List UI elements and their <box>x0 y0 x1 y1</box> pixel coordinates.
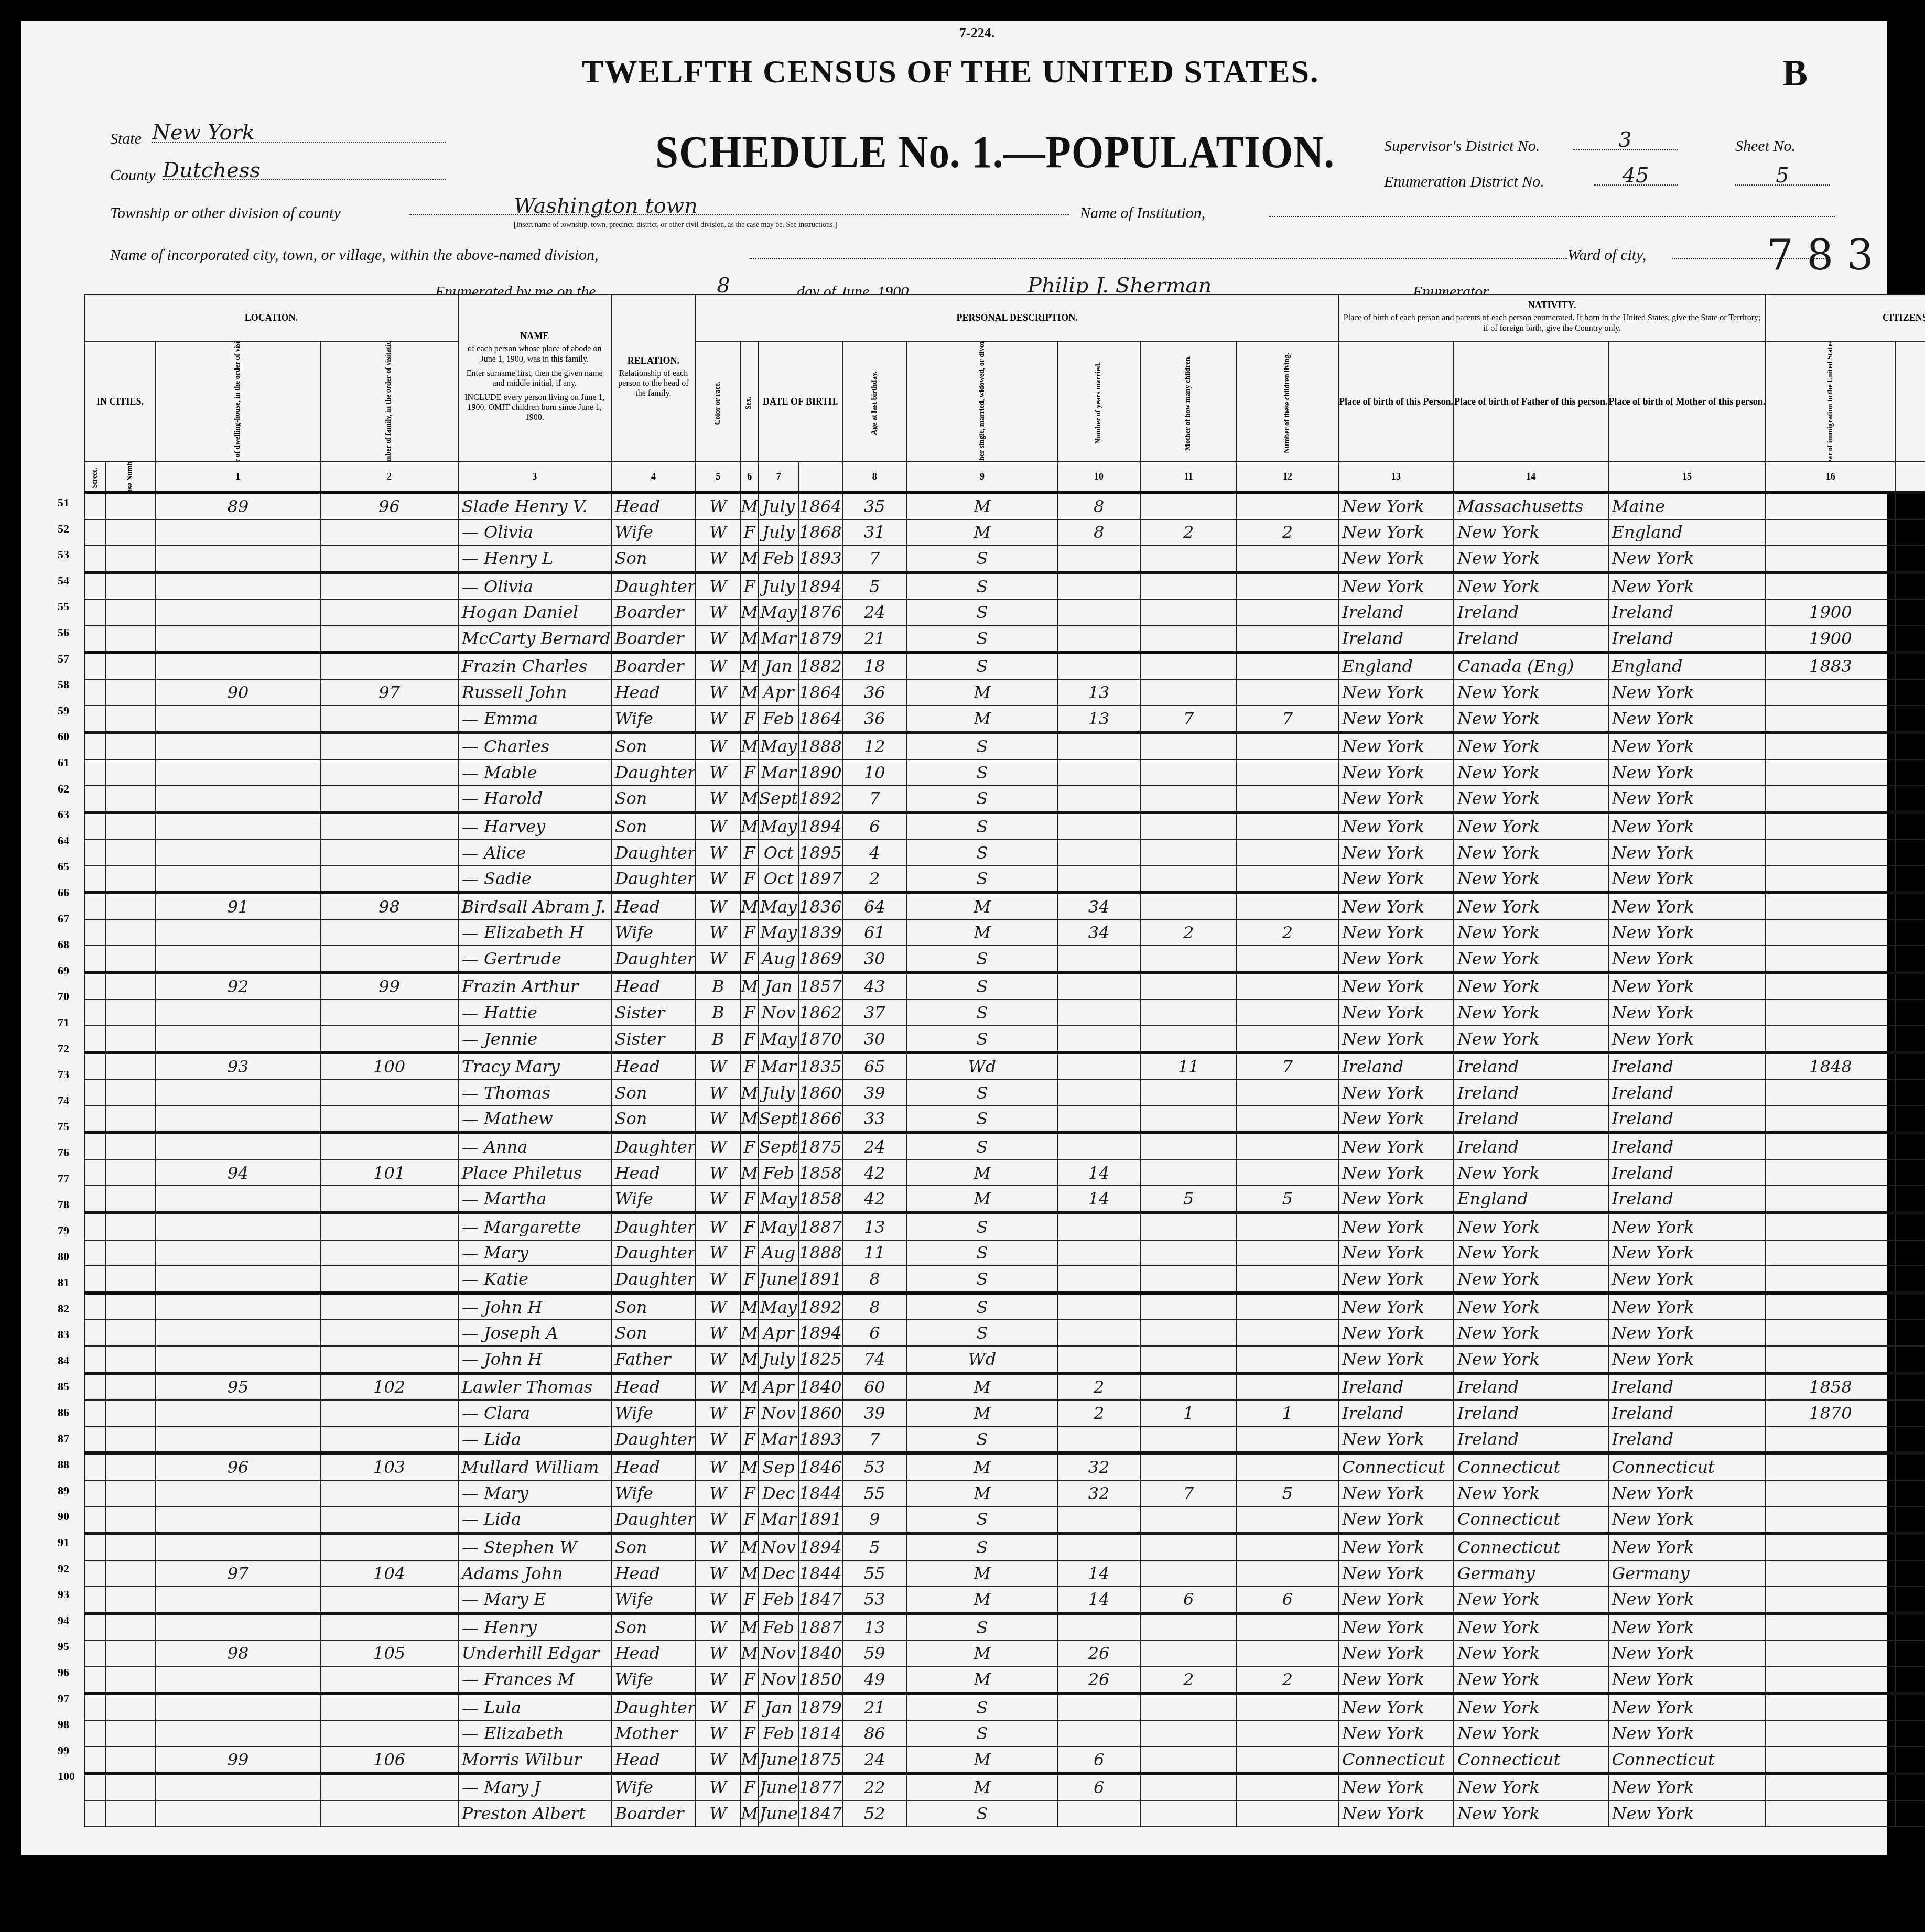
cell-pob: New York <box>1338 1774 1454 1801</box>
cell-month: May <box>759 812 798 840</box>
cell-mother <box>1140 1266 1237 1293</box>
line-number: 89 <box>58 1484 69 1497</box>
cell-living <box>1237 840 1338 866</box>
cell-pob-mother: New York <box>1608 1800 1766 1827</box>
cell-living <box>1237 492 1338 519</box>
column-number: 4 <box>611 462 696 492</box>
cell-living <box>1237 1533 1338 1560</box>
cell-sex: M <box>740 1746 759 1774</box>
cell-living <box>1237 653 1338 680</box>
cell-pob-father: New York <box>1454 1320 1608 1346</box>
cell-pob: New York <box>1338 812 1454 840</box>
column-number: 3 <box>458 462 611 492</box>
census-row: — MargaretteDaughterWFMay188713SNew York… <box>84 1213 1925 1240</box>
census-row: Frazin CharlesBoarderWMJan188218SEngland… <box>84 653 1925 680</box>
cell-mother <box>1140 1373 1237 1401</box>
county-label: County <box>110 167 156 184</box>
cell-age: 6 <box>842 1320 907 1346</box>
cell-marital: S <box>907 572 1057 600</box>
cell-street <box>84 519 106 546</box>
cell-color: W <box>696 1240 740 1266</box>
cell-year: 1887 <box>798 1613 842 1641</box>
cell-street <box>84 1586 106 1613</box>
census-row: — CharlesSonWMMay188812SNew YorkNew York… <box>84 732 1925 759</box>
cell-house <box>106 653 156 680</box>
cell-month: May <box>759 1213 798 1240</box>
relation-title: RELATION. <box>612 355 696 366</box>
cell-age: 37 <box>842 1000 907 1026</box>
cell-yrs-married: 2 <box>1057 1373 1140 1401</box>
cell-family <box>320 1240 458 1266</box>
cell-age: 8 <box>842 1293 907 1320</box>
cell-yrs-us <box>1895 545 1925 572</box>
cell-pob-mother: England <box>1608 519 1766 546</box>
census-row: — Frances MWifeWFNov185049M2622New YorkN… <box>84 1666 1925 1694</box>
col-dwelling: Number of dwelling-house, in the order o… <box>156 341 321 462</box>
cell-relation: Wife <box>611 705 696 733</box>
nativity-description: Place of birth of each person and parent… <box>1339 311 1765 335</box>
cell-relation: Head <box>611 1453 696 1480</box>
cell-street <box>84 732 106 759</box>
cell-name: Mullard William <box>458 1453 611 1480</box>
cell-dwelling <box>156 653 321 680</box>
cell-name: — Thomas <box>458 1080 611 1106</box>
ward-label: Ward of city, <box>1567 246 1646 264</box>
cell-immig <box>1766 572 1895 600</box>
cell-family <box>320 1186 458 1213</box>
cell-name: — John H <box>458 1293 611 1320</box>
cell-age: 13 <box>842 1613 907 1641</box>
cell-marital: S <box>907 1720 1057 1746</box>
cell-pob-mother: Ireland <box>1608 1133 1766 1160</box>
cell-color: W <box>696 572 740 600</box>
cell-sex: F <box>740 946 759 973</box>
cell-name: — Mary <box>458 1240 611 1266</box>
census-row: — ClaraWifeWFNov186039M211IrelandIreland… <box>84 1400 1925 1426</box>
in-cities-label: IN CITIES. <box>84 341 156 462</box>
cell-month: Sept <box>759 1106 798 1133</box>
cell-immig <box>1766 1480 1895 1506</box>
census-row: 94101Place PhiletusHeadWMFeb185842M14New… <box>84 1160 1925 1186</box>
cell-color: W <box>696 1641 740 1667</box>
cell-yrs-married: 32 <box>1057 1480 1140 1506</box>
cell-family <box>320 1694 458 1721</box>
cell-color: W <box>696 1373 740 1401</box>
cell-yrs-us: 0 <box>1895 599 1925 625</box>
cell-marital: M <box>907 920 1057 946</box>
cell-name: — Mable <box>458 759 611 786</box>
cell-house <box>106 865 156 893</box>
cell-street <box>84 1160 106 1186</box>
cell-living: 7 <box>1237 1052 1338 1080</box>
cell-pob-mother: New York <box>1608 759 1766 786</box>
column-number: 7 <box>759 462 798 492</box>
cell-age: 53 <box>842 1453 907 1480</box>
cell-street <box>84 1133 106 1160</box>
line-number: 65 <box>58 860 69 873</box>
cell-pob: New York <box>1338 1586 1454 1613</box>
cell-color: W <box>696 732 740 759</box>
cell-immig <box>1766 705 1895 733</box>
cell-mother: 6 <box>1140 1586 1237 1613</box>
cell-family <box>320 1293 458 1320</box>
cell-mother <box>1140 759 1237 786</box>
cell-living <box>1237 1320 1338 1346</box>
column-relation: RELATION. Relationship of each person to… <box>611 294 696 462</box>
cell-street <box>84 1480 106 1506</box>
cell-month: Sept <box>759 786 798 813</box>
cell-yrs-us <box>1895 1586 1925 1613</box>
cell-yrs-married <box>1057 625 1140 653</box>
cell-mother <box>1140 1293 1237 1320</box>
column-number: 5 <box>696 462 740 492</box>
cell-color: W <box>696 1774 740 1801</box>
cell-pob-father: New York <box>1454 1613 1608 1641</box>
cell-relation: Head <box>611 1746 696 1774</box>
cell-pob-father: New York <box>1454 1213 1608 1240</box>
cell-sex: F <box>740 705 759 733</box>
cell-yrs-married: 8 <box>1057 492 1140 519</box>
cell-family <box>320 1080 458 1106</box>
institution-label: Name of Institution, <box>1080 204 1205 222</box>
col-immigration: Year of immigration to the United States… <box>1766 341 1895 462</box>
cell-mother: 2 <box>1140 1666 1237 1694</box>
cell-color: W <box>696 679 740 705</box>
cell-age: 10 <box>842 759 907 786</box>
cell-yrs-married <box>1057 946 1140 973</box>
cell-age: 39 <box>842 1400 907 1426</box>
line-number: 100 <box>58 1770 75 1783</box>
cell-pob-father: New York <box>1454 1160 1608 1186</box>
cell-dwelling: 90 <box>156 679 321 705</box>
cell-family <box>320 1586 458 1613</box>
cell-yrs-us <box>1895 519 1925 546</box>
cell-pob-father: England <box>1454 1186 1608 1213</box>
cell-color: W <box>696 1506 740 1534</box>
cell-month: Nov <box>759 1000 798 1026</box>
cell-marital: S <box>907 865 1057 893</box>
line-number: 69 <box>58 964 69 978</box>
cell-yrs-married <box>1057 865 1140 893</box>
cell-yrs-us <box>1895 1000 1925 1026</box>
cell-dwelling <box>156 1720 321 1746</box>
cell-living <box>1237 893 1338 920</box>
cell-marital: S <box>907 625 1057 653</box>
cell-mother <box>1140 732 1237 759</box>
population-table: LOCATION. NAME of each person whose plac… <box>84 294 1925 1827</box>
cell-house <box>106 1266 156 1293</box>
cell-family: 103 <box>320 1453 458 1480</box>
cell-living <box>1237 1613 1338 1641</box>
col-dwelling-label: Number of dwelling-house, in the order o… <box>234 341 242 462</box>
cell-marital: S <box>907 973 1057 1000</box>
cell-immig <box>1766 492 1895 519</box>
cell-sex: M <box>740 1293 759 1320</box>
cell-dwelling <box>156 1400 321 1426</box>
cell-age: 64 <box>842 893 907 920</box>
cell-immig: 1900 <box>1766 599 1895 625</box>
cell-mother: 5 <box>1140 1186 1237 1213</box>
cell-yrs-married <box>1057 1320 1140 1346</box>
cell-age: 7 <box>842 1426 907 1453</box>
cell-family <box>320 1026 458 1053</box>
cell-name: Frazin Arthur <box>458 973 611 1000</box>
cell-relation: Son <box>611 1106 696 1133</box>
cell-month: Mar <box>759 625 798 653</box>
cell-house <box>106 519 156 546</box>
cell-house <box>106 840 156 866</box>
census-row: — OliviaDaughterWFJuly18945SNew YorkNew … <box>84 572 1925 600</box>
cell-pob: New York <box>1338 1480 1454 1506</box>
cell-yrs-us <box>1895 1240 1925 1266</box>
cell-dwelling <box>156 1533 321 1560</box>
cell-month: Mar <box>759 759 798 786</box>
cell-yrs-married: 8 <box>1057 519 1140 546</box>
cell-mother <box>1140 893 1237 920</box>
cell-yrs-us <box>1895 1213 1925 1240</box>
cell-immig <box>1766 840 1895 866</box>
group-nativity: NATIVITY. Place of birth of each person … <box>1338 294 1766 341</box>
cell-house <box>106 812 156 840</box>
cell-pob: New York <box>1338 1694 1454 1721</box>
line-number: 58 <box>58 678 69 691</box>
cell-year: 1882 <box>798 653 842 680</box>
cell-pob-mother: Connecticut <box>1608 1746 1766 1774</box>
cell-marital: Wd <box>907 1052 1057 1080</box>
cell-house <box>106 1026 156 1053</box>
line-number: 52 <box>58 522 69 536</box>
cell-month: May <box>759 1186 798 1213</box>
cell-relation: Boarder <box>611 1800 696 1827</box>
cell-month: July <box>759 1080 798 1106</box>
cell-month: Mar <box>759 1052 798 1080</box>
census-row: — JennieSisterBFMay187030SNew YorkNew Yo… <box>84 1026 1925 1053</box>
cell-relation: Wife <box>611 1186 696 1213</box>
cell-yrs-us <box>1895 1533 1925 1560</box>
cell-street <box>84 545 106 572</box>
cell-sex: M <box>740 1373 759 1401</box>
cell-marital: S <box>907 732 1057 759</box>
col-birth-father: Place of birth of Father of this person. <box>1454 341 1608 462</box>
cell-sex: M <box>740 812 759 840</box>
enumerated-day-field: 8 <box>661 274 786 296</box>
col-marital: Whether single, married, widowed, or div… <box>907 341 1057 462</box>
cell-dwelling <box>156 946 321 973</box>
cell-mother: 7 <box>1140 1480 1237 1506</box>
cell-pob-mother: New York <box>1608 1213 1766 1240</box>
cell-age: 7 <box>842 786 907 813</box>
cell-street <box>84 1080 106 1106</box>
cell-living <box>1237 1213 1338 1240</box>
cell-marital: S <box>907 1266 1057 1293</box>
cell-yrs-us <box>1895 1346 1925 1373</box>
cell-immig <box>1766 786 1895 813</box>
cell-name: Underhill Edgar <box>458 1641 611 1667</box>
cell-yrs-married <box>1057 599 1140 625</box>
cell-immig <box>1766 1533 1895 1560</box>
cell-name: — Henry L <box>458 545 611 572</box>
cell-house <box>106 1613 156 1641</box>
cell-relation: Head <box>611 1560 696 1587</box>
cell-dwelling: 97 <box>156 1560 321 1587</box>
line-number: 77 <box>58 1172 69 1186</box>
cell-immig <box>1766 1694 1895 1721</box>
cell-sex: M <box>740 492 759 519</box>
cell-living <box>1237 1240 1338 1266</box>
cell-family: 98 <box>320 893 458 920</box>
cell-marital: S <box>907 1106 1057 1133</box>
cell-pob: New York <box>1338 973 1454 1000</box>
cell-family: 97 <box>320 679 458 705</box>
cell-pob-mother: New York <box>1608 1774 1766 1801</box>
cell-mother <box>1140 1346 1237 1373</box>
cell-marital: S <box>907 1026 1057 1053</box>
column-number <box>798 462 842 492</box>
cell-house <box>106 732 156 759</box>
col-living-label: Number of these children living. <box>1283 353 1292 453</box>
cell-sex: M <box>740 1320 759 1346</box>
cell-yrs-married <box>1057 1346 1140 1373</box>
line-number: 60 <box>58 730 69 743</box>
col-years-us: Number of years in the United States. <box>1895 341 1925 462</box>
census-row: — MaryWifeWFDec184455M3275New YorkNew Yo… <box>84 1480 1925 1506</box>
cell-family <box>320 1800 458 1827</box>
line-number: 93 <box>58 1588 69 1601</box>
cell-pob-father: New York <box>1454 679 1608 705</box>
census-row: 93100Tracy MaryHeadWFMar183565Wd117Irela… <box>84 1052 1925 1080</box>
cell-pob-mother: New York <box>1608 1320 1766 1346</box>
cell-pob-mother: Ireland <box>1608 599 1766 625</box>
cell-mother: 7 <box>1140 705 1237 733</box>
cell-pob: New York <box>1338 865 1454 893</box>
cell-pob-father: New York <box>1454 519 1608 546</box>
census-row: — Elizabeth HWifeWFMay183961M3422New Yor… <box>84 920 1925 946</box>
cell-relation: Daughter <box>611 1506 696 1534</box>
cell-yrs-us <box>1895 1694 1925 1721</box>
cell-age: 86 <box>842 1720 907 1746</box>
cell-marital: M <box>907 1186 1057 1213</box>
cell-pob: New York <box>1338 1160 1454 1186</box>
cell-month: Apr <box>759 1373 798 1401</box>
cell-yrs-us <box>1895 1453 1925 1480</box>
cell-pob: New York <box>1338 1320 1454 1346</box>
cell-house <box>106 1186 156 1213</box>
cell-color: W <box>696 492 740 519</box>
cell-family <box>320 1400 458 1426</box>
cell-house <box>106 679 156 705</box>
cell-immig: 1900 <box>1766 625 1895 653</box>
cell-color: W <box>696 1800 740 1827</box>
cell-mother <box>1140 1240 1237 1266</box>
cell-pob-mother: Ireland <box>1608 1052 1766 1080</box>
cell-pob-mother: Ireland <box>1608 1160 1766 1186</box>
cell-house <box>106 1080 156 1106</box>
cell-relation: Son <box>611 545 696 572</box>
cell-family: 100 <box>320 1052 458 1080</box>
cell-color: W <box>696 1400 740 1426</box>
line-number: 82 <box>58 1302 69 1316</box>
cell-yrs-us <box>1895 786 1925 813</box>
cell-yrs-married <box>1057 653 1140 680</box>
col-years-married-label: Number of years married. <box>1095 362 1103 443</box>
cell-house <box>106 1293 156 1320</box>
cell-yrs-us: 0 <box>1895 625 1925 653</box>
cell-mother <box>1140 812 1237 840</box>
cell-marital: S <box>907 1133 1057 1160</box>
cell-age: 24 <box>842 1133 907 1160</box>
cell-pob-mother: New York <box>1608 920 1766 946</box>
cell-mother <box>1140 1560 1237 1587</box>
cell-street <box>84 1533 106 1560</box>
cell-living <box>1237 1720 1338 1746</box>
cell-year: 1891 <box>798 1266 842 1293</box>
cell-pob-father: New York <box>1454 1240 1608 1266</box>
cell-immig <box>1766 865 1895 893</box>
column-number: 8 <box>842 462 907 492</box>
cell-month: May <box>759 732 798 759</box>
cell-mother <box>1140 1453 1237 1480</box>
cell-family <box>320 1346 458 1373</box>
cell-name: Russell John <box>458 679 611 705</box>
column-number-row: Street.House Number.12345678910111213141… <box>84 462 1925 492</box>
cell-living: 2 <box>1237 1666 1338 1694</box>
cell-living <box>1237 572 1338 600</box>
cell-marital: S <box>907 759 1057 786</box>
cell-month: Feb <box>759 1613 798 1641</box>
line-number: 66 <box>58 886 69 899</box>
cell-immig <box>1766 1160 1895 1186</box>
cell-month: Oct <box>759 840 798 866</box>
cell-year: 1864 <box>798 492 842 519</box>
cell-yrs-married: 34 <box>1057 893 1140 920</box>
cell-dwelling <box>156 1506 321 1534</box>
cell-relation: Head <box>611 1160 696 1186</box>
census-row: — SadieDaughterWFOct18972SNew YorkNew Yo… <box>84 865 1925 893</box>
column-number: 13 <box>1338 462 1454 492</box>
cell-month: Jan <box>759 653 798 680</box>
cell-month: Aug <box>759 1240 798 1266</box>
cell-immig <box>1766 1133 1895 1160</box>
cell-sex: F <box>740 1026 759 1053</box>
cell-name: — Lula <box>458 1694 611 1721</box>
cell-house <box>106 786 156 813</box>
cell-color: W <box>696 1186 740 1213</box>
col-age-label: Age at last birthday. <box>870 371 879 435</box>
cell-yrs-us <box>1895 1774 1925 1801</box>
cell-year: 1839 <box>798 920 842 946</box>
cell-house <box>106 1373 156 1401</box>
cell-marital: S <box>907 1800 1057 1827</box>
cell-pob-father: Ireland <box>1454 1373 1608 1401</box>
cell-dwelling <box>156 1240 321 1266</box>
relation-description: Relationship of each person to the head … <box>612 366 696 401</box>
cell-yrs-us <box>1895 1666 1925 1694</box>
cell-pob-father: New York <box>1454 1000 1608 1026</box>
cell-marital: M <box>907 705 1057 733</box>
cell-relation: Head <box>611 1373 696 1401</box>
cell-color: W <box>696 1213 740 1240</box>
cell-pob: New York <box>1338 1426 1454 1453</box>
cell-pob-father: Ireland <box>1454 1080 1608 1106</box>
cell-yrs-us <box>1895 1641 1925 1667</box>
line-number: 73 <box>58 1068 69 1081</box>
cell-name: — Frances M <box>458 1666 611 1694</box>
cell-year: 1844 <box>798 1480 842 1506</box>
cell-yrs-us <box>1895 759 1925 786</box>
line-number: 92 <box>58 1562 69 1576</box>
col-house: House Number. <box>106 462 156 492</box>
cell-immig <box>1766 1080 1895 1106</box>
